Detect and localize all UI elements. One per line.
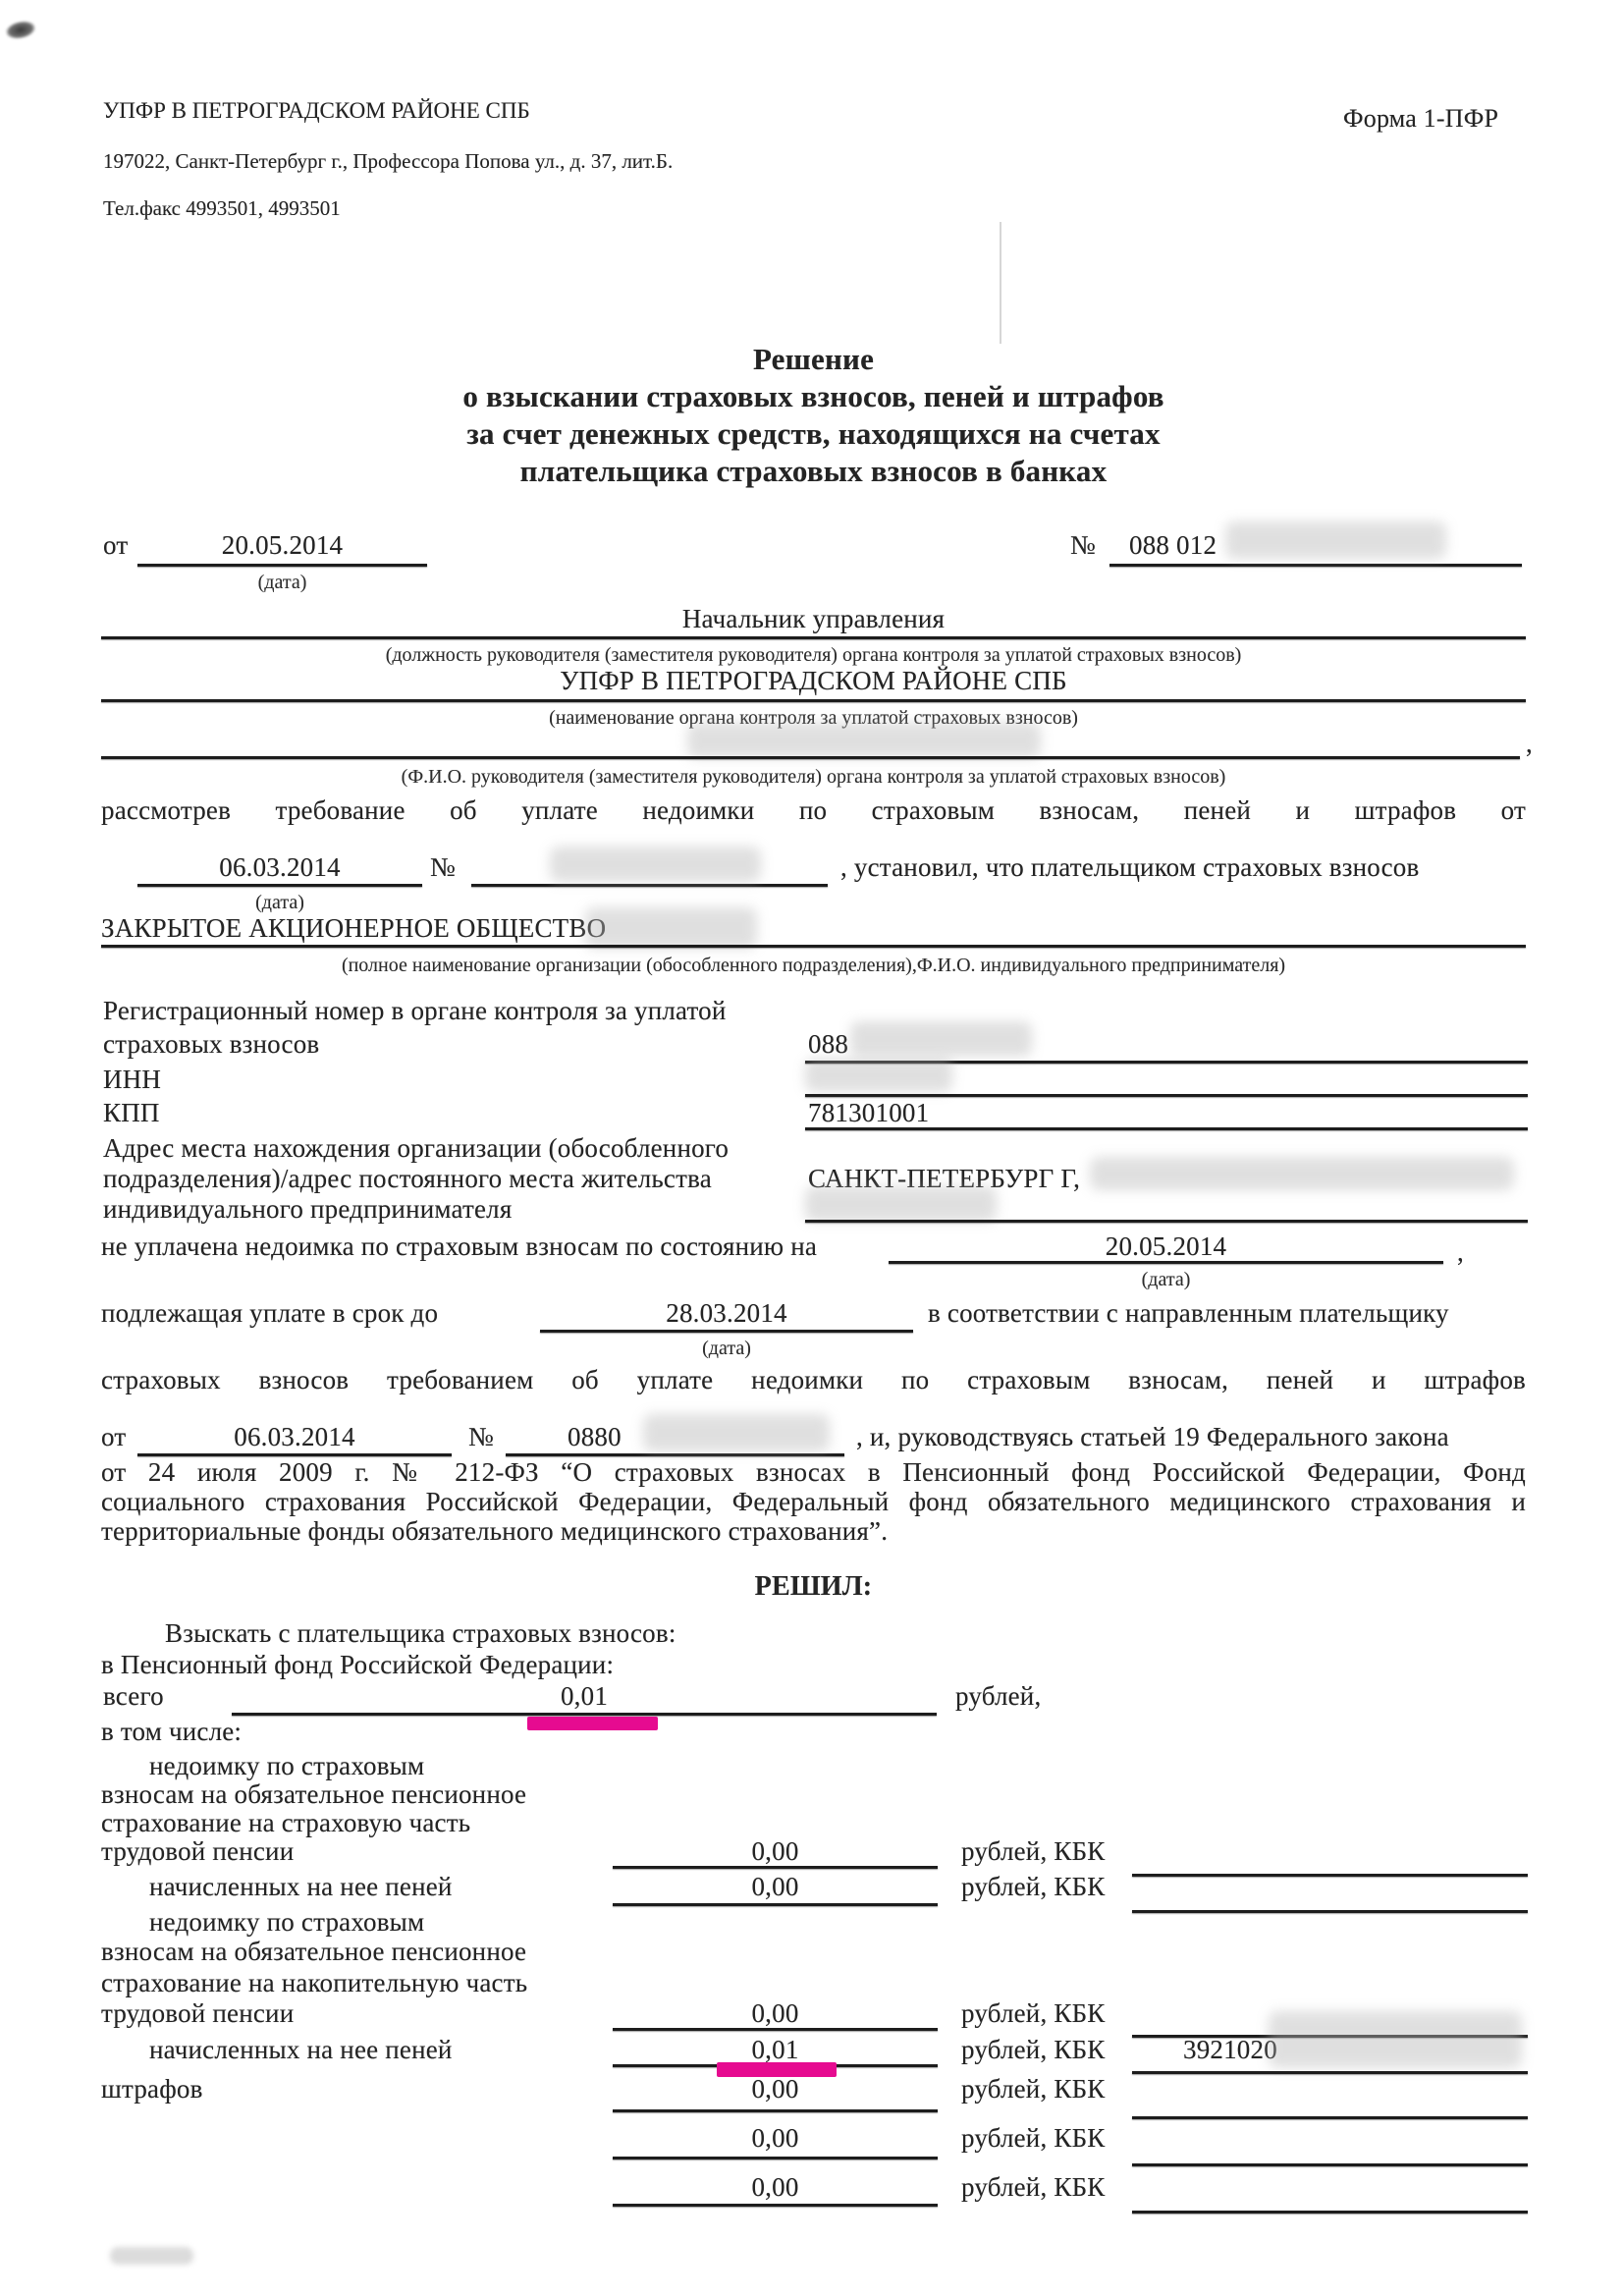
reg-number-label-line1: Регистрационный номер в органе контроля … xyxy=(103,996,727,1026)
reg-number-value: 088 xyxy=(808,1029,848,1060)
row6-value: 0,00 xyxy=(613,2123,938,2154)
doc-title-line4: плательщика страховых взносов в банках xyxy=(101,454,1526,489)
official-position-caption: (должность руководителя (заместителя рук… xyxy=(101,644,1526,667)
unpaid-line: не уплачена недоимка по страховым взноса… xyxy=(101,1231,817,1262)
total-label: всего xyxy=(103,1681,164,1712)
row5-value: 0,00 xyxy=(613,2074,938,2105)
org-address: 197022, Санкт-Петербург г., Профессора П… xyxy=(103,149,673,174)
considering-line: рассмотрев требование об уплате недоимки… xyxy=(101,795,1526,826)
doc-title-line2: о взыскании страховых взносов, пеней и ш… xyxy=(101,379,1526,414)
official-position-underline xyxy=(101,636,1526,639)
scan-artifact-corner xyxy=(5,19,37,41)
row1-value: 0,00 xyxy=(613,1836,938,1867)
reg-number-label-line2: страховых взносов xyxy=(103,1029,319,1060)
org-name: УПФР В ПЕТРОГРАДСКОМ РАЙОНЕ СПБ xyxy=(103,98,530,124)
total-units: рублей, xyxy=(955,1681,1041,1712)
collect-line: Взыскать с плательщика страховых взносов… xyxy=(165,1618,676,1649)
row4-label-line1: начисленных на нее пеней xyxy=(149,2035,453,2065)
scan-artifact-smudge xyxy=(110,2247,193,2265)
req2-number-value: 0880 xyxy=(568,1422,622,1452)
law-line1: от 24 июля 2009 г. № 212-ФЗ “О страховых… xyxy=(101,1457,1526,1488)
control-body-underline xyxy=(101,699,1526,702)
redacted-req2-number xyxy=(643,1414,830,1451)
official-fio-caption: (Ф.И.О. руководителя (заместителя руково… xyxy=(101,766,1526,789)
control-body-value: УПФР В ПЕТРОГРАДСКОМ РАЙОНЕ СПБ xyxy=(101,666,1526,696)
highlight-marker-total xyxy=(527,1717,658,1730)
inn-underline xyxy=(805,1094,1528,1097)
unpaid-date-underline xyxy=(889,1261,1443,1264)
scan-artifact-streak xyxy=(1000,222,1001,344)
address-label-line1: Адрес места нахождения организации (обос… xyxy=(103,1133,729,1164)
address-label-line2: подразделения)/адрес постоянного места ж… xyxy=(103,1164,712,1194)
row4-kbk-underline xyxy=(1132,2071,1528,2074)
redacted-address-line1 xyxy=(1090,1157,1514,1190)
requirement-line2: страховых взносов требованием об уплате … xyxy=(101,1365,1526,1395)
row3-label-line4: трудовой пенсии xyxy=(101,1998,294,2029)
decision-date-caption: (дата) xyxy=(137,572,427,594)
official-fio-comma: , xyxy=(1526,729,1533,759)
requirement-date-value: 06.03.2014 xyxy=(147,852,412,883)
established-text: , установил, что плательщиком страховых … xyxy=(840,852,1419,883)
requirement-date-underline xyxy=(137,884,422,887)
row1-label-line1: недоимку по страховым xyxy=(149,1751,424,1781)
row6-units: рублей, КБК xyxy=(961,2123,1105,2154)
payer-name: ЗАКРЫТОЕ АКЦИОНЕРНОЕ ОБЩЕСТВО xyxy=(101,913,606,944)
decision-number-underline xyxy=(1109,564,1522,567)
redacted-reg-number xyxy=(850,1021,1032,1057)
address-label-line3: индивидуального предпринимателя xyxy=(103,1194,512,1225)
row2-label-line1: начисленных на нее пеней xyxy=(149,1872,453,1902)
req2-number-label: № xyxy=(468,1422,494,1452)
due-date-caption: (дата) xyxy=(540,1338,913,1360)
payer-caption: (полное наименование организации (обособ… xyxy=(101,955,1526,977)
law-from-label: от xyxy=(101,1422,126,1452)
form-label: Форма 1-ПФР xyxy=(1343,104,1498,134)
redacted-inn-value xyxy=(805,1059,952,1092)
payer-underline xyxy=(101,945,1526,948)
law-tail-text: , и, руководствуясь статьей 19 Федеральн… xyxy=(856,1422,1449,1452)
row3-label-line1: недоимку по страховым xyxy=(149,1907,424,1938)
row3-value-underline xyxy=(613,2028,938,2031)
decision-date-value: 20.05.2014 xyxy=(137,530,427,561)
row5-label-line1: штрафов xyxy=(101,2074,203,2105)
row2-value: 0,00 xyxy=(613,1872,938,1902)
from-label: от xyxy=(103,530,128,561)
law-line3: территориальные фонды обязательного меди… xyxy=(101,1516,888,1547)
row7-kbk-underline xyxy=(1132,2211,1528,2214)
req2-number-underline xyxy=(506,1453,844,1456)
decision-date-underline xyxy=(137,564,427,567)
due-label: подлежащая уплате в срок до xyxy=(101,1298,438,1329)
row6-kbk-underline xyxy=(1132,2163,1528,2166)
doc-title-line3: за счет денежных средств, находящихся на… xyxy=(101,416,1526,452)
total-underline xyxy=(232,1713,937,1716)
resolution-heading: РЕШИЛ: xyxy=(101,1571,1526,1603)
row4-value: 0,01 xyxy=(613,2035,938,2065)
kpp-underline xyxy=(805,1127,1528,1130)
row1-kbk-underline xyxy=(1132,1874,1528,1877)
official-position-value: Начальник управления xyxy=(101,604,1526,634)
req2-date-underline xyxy=(137,1453,452,1456)
fund-line: в Пенсионный фонд Российской Федерации: xyxy=(101,1650,614,1680)
row3-value: 0,00 xyxy=(613,1998,938,2029)
decision-number-value: 088 012 xyxy=(1129,530,1217,561)
doc-title-line1: Решение xyxy=(101,342,1526,377)
row5-value-underline xyxy=(613,2109,938,2112)
row1-label-line3: страхование на страховую часть xyxy=(101,1808,470,1838)
due-date-value: 28.03.2014 xyxy=(540,1298,913,1329)
row1-label-line2: взносам на обязательное пенсионное xyxy=(101,1779,526,1810)
including-label: в том числе: xyxy=(101,1717,242,1747)
row2-value-underline xyxy=(613,1903,938,1906)
row5-kbk-underline xyxy=(1132,2116,1528,2119)
law-line2: социального страхования Российской Федер… xyxy=(101,1487,1526,1517)
row5-units: рублей, КБК xyxy=(961,2074,1105,2105)
redacted-requirement-number xyxy=(550,847,761,882)
row4-kbk-value: 3921020 xyxy=(1183,2035,1277,2065)
row4-units: рублей, КБК xyxy=(961,2035,1105,2065)
requirement-number-underline xyxy=(471,884,828,887)
kpp-label: КПП xyxy=(103,1098,160,1128)
official-fio-underline xyxy=(101,756,1520,759)
row3-label-line3: страхование на накопительную часть xyxy=(101,1968,527,1998)
unpaid-date-comma: , xyxy=(1457,1237,1464,1268)
row2-units: рублей, КБК xyxy=(961,1872,1105,1902)
redacted-decision-number xyxy=(1225,521,1446,559)
total-value: 0,01 xyxy=(232,1681,937,1712)
req2-date-value: 06.03.2014 xyxy=(137,1422,452,1452)
unpaid-date-caption: (дата) xyxy=(889,1269,1443,1291)
row7-value-underline xyxy=(613,2204,938,2207)
row1-units: рублей, КБК xyxy=(961,1836,1105,1867)
requirement-date-caption: (дата) xyxy=(137,892,422,914)
unpaid-date-value: 20.05.2014 xyxy=(889,1231,1443,1262)
row1-value-underline xyxy=(613,1866,938,1869)
scanned-document-page: УПФР В ПЕТРОГРАДСКОМ РАЙОНЕ СПБ Форма 1-… xyxy=(0,0,1623,2296)
inn-label: ИНН xyxy=(103,1065,161,1095)
number-label: № xyxy=(1070,530,1096,561)
row3-label-line2: взносам на обязательное пенсионное xyxy=(101,1937,526,1967)
row1-label-line4: трудовой пенсии xyxy=(101,1836,294,1867)
kpp-value: 781301001 xyxy=(808,1098,929,1128)
row6-value-underline xyxy=(613,2157,938,2159)
redacted-kbk-value xyxy=(1269,2011,1522,2068)
org-phone: Тел.факс 4993501, 4993501 xyxy=(103,196,341,221)
due-date-underline xyxy=(540,1330,913,1333)
redacted-official-fio xyxy=(687,723,1041,758)
address-underline xyxy=(805,1220,1528,1223)
redacted-address-line2 xyxy=(805,1186,997,1222)
row3-units: рублей, КБК xyxy=(961,1998,1105,2029)
due-tail-text: в соответствии с направленным плательщик… xyxy=(928,1298,1449,1329)
requirement-number-label: № xyxy=(430,852,456,883)
row7-units: рублей, КБК xyxy=(961,2172,1105,2203)
row2-kbk-underline xyxy=(1132,1910,1528,1913)
row7-value: 0,00 xyxy=(613,2172,938,2203)
redacted-payer-name xyxy=(585,907,757,949)
